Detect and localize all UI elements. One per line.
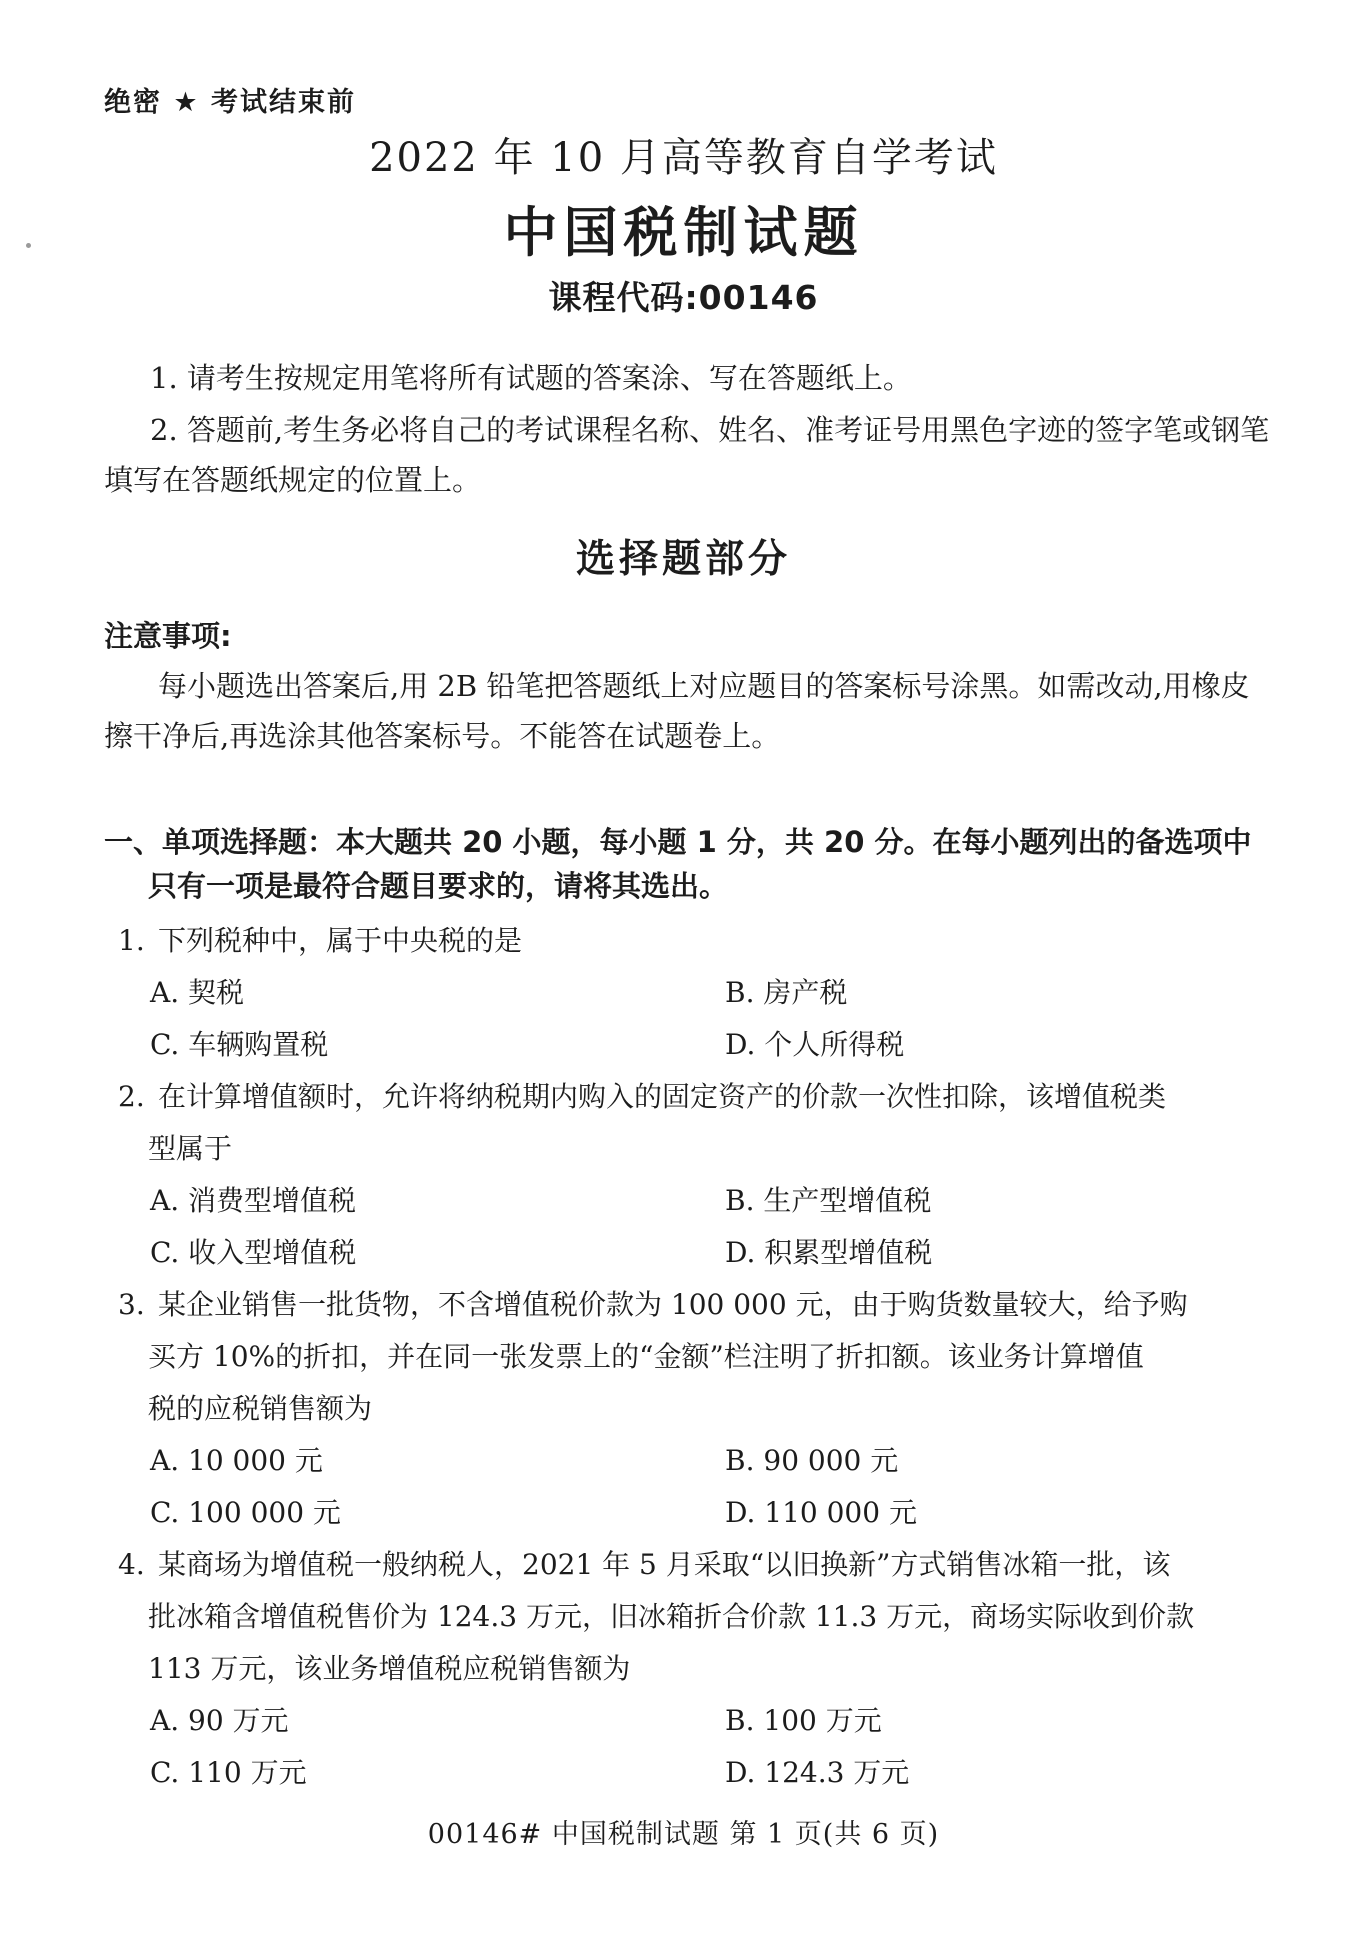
question-4-option-c: C. 110 万元 (150, 1747, 307, 1799)
question-3-stem-line-3: 税的应税销售额为 (148, 1383, 1367, 1435)
question-4-option-d: D. 124.3 万元 (725, 1747, 909, 1799)
question-2: 2. 在计算增值额时，允许将纳税期内购入的固定资产的价款一次性扣除，该增值税类 … (0, 1071, 1367, 1279)
instruction-item-1: 1. 请考生按规定用笔将所有试题的答案涂、写在答题纸上。 (150, 356, 912, 397)
question-4-number: 4. (118, 1539, 145, 1591)
question-4-option-b: B. 100 万元 (725, 1695, 882, 1747)
question-1-number: 1. (118, 915, 145, 967)
question-4: 4. 某商场为增值税一般纳税人，2021 年 5 月采取“以旧换新”方式销售冰箱… (0, 1539, 1367, 1799)
question-2-stem-line-2: 型属于 (148, 1123, 1367, 1175)
notice-body-line-1: 每小题选出答案后,用 2B 铅笔把答题纸上对应题目的答案标号涂黑。如需改动,用橡… (158, 664, 1250, 705)
question-2-number: 2. (118, 1071, 145, 1123)
question-3-stem-line-2: 买方 10%的折扣，并在同一张发票上的“金额”栏注明了折扣额。该业务计算增值 (148, 1331, 1367, 1383)
instruction-item-2-line-2: 填写在答题纸规定的位置上。 (104, 458, 481, 499)
question-1-stem-line-1: 下列税种中，属于中央税的是 (158, 915, 1367, 967)
question-2-stem-line-1: 在计算增值额时，允许将纳税期内购入的固定资产的价款一次性扣除，该增值税类 (158, 1071, 1367, 1123)
question-3-stem-line-1: 某企业销售一批货物，不含增值税价款为 100 000 元，由于购货数量较大，给予… (158, 1279, 1367, 1331)
exam-session-title: 2022 年 10 月高等教育自学考试 (0, 126, 1367, 183)
question-1-option-a: A. 契税 (150, 967, 244, 1019)
question-3-option-b: B. 90 000 元 (725, 1435, 898, 1487)
question-3-option-a: A. 10 000 元 (150, 1435, 323, 1487)
question-list: 1. 下列税种中，属于中央税的是 A. 契税 B. 房产税 C. 车辆购置税 D… (0, 915, 1367, 1799)
security-classification-label: 绝密 ★ 考试结束前 (104, 80, 356, 119)
question-1-option-c: C. 车辆购置税 (150, 1019, 328, 1071)
question-3-number: 3. (118, 1279, 145, 1331)
section-1-heading-line-1: 一、单项选择题：本大题共 20 小题，每小题 1 分，共 20 分。在每小题列出… (104, 820, 1251, 861)
notice-body-line-2: 擦干净后,再选涂其他答案标号。不能答在试题卷上。 (104, 714, 780, 755)
notice-title: 注意事项: (104, 614, 232, 655)
exam-subject-title: 中国税制试题 (0, 190, 1367, 267)
question-1-option-b: B. 房产税 (725, 967, 847, 1019)
question-2-option-c: C. 收入型增值税 (150, 1227, 356, 1279)
part-heading-multiple-choice: 选择题部分 (0, 528, 1367, 584)
instruction-item-2-line-1: 2. 答题前,考生务必将自己的考试课程名称、姓名、准考证号用黑色字迹的签字笔或钢… (150, 408, 1269, 449)
question-4-stem-line-1: 某商场为增值税一般纳税人，2021 年 5 月采取“以旧换新”方式销售冰箱一批，… (158, 1539, 1367, 1591)
question-4-option-a: A. 90 万元 (150, 1695, 289, 1747)
question-3-option-d: D. 110 000 元 (725, 1487, 917, 1539)
question-1-option-d: D. 个人所得税 (725, 1019, 904, 1071)
question-2-option-d: D. 积累型增值税 (725, 1227, 932, 1279)
question-3: 3. 某企业销售一批货物，不含增值税价款为 100 000 元，由于购货数量较大… (0, 1279, 1367, 1539)
question-3-option-c: C. 100 000 元 (150, 1487, 341, 1539)
question-4-stem-line-3: 113 万元，该业务增值税应税销售额为 (148, 1643, 1367, 1695)
section-1-heading-line-2: 只有一项是最符合题目要求的，请将其选出。 (148, 864, 728, 905)
question-2-option-b: B. 生产型增值税 (725, 1175, 931, 1227)
exam-paper-page: 绝密 ★ 考试结束前 2022 年 10 月高等教育自学考试 中国税制试题 课程… (0, 0, 1367, 1952)
question-1: 1. 下列税种中，属于中央税的是 A. 契税 B. 房产税 C. 车辆购置税 D… (0, 915, 1367, 1071)
question-2-option-a: A. 消费型增值税 (150, 1175, 356, 1227)
page-footer: 00146# 中国税制试题 第 1 页(共 6 页) (0, 1812, 1367, 1851)
question-4-stem-line-2: 批冰箱含增值税售价为 124.3 万元，旧冰箱折合价款 11.3 万元，商场实际… (148, 1591, 1367, 1643)
course-code: 课程代码:00146 (0, 272, 1367, 319)
